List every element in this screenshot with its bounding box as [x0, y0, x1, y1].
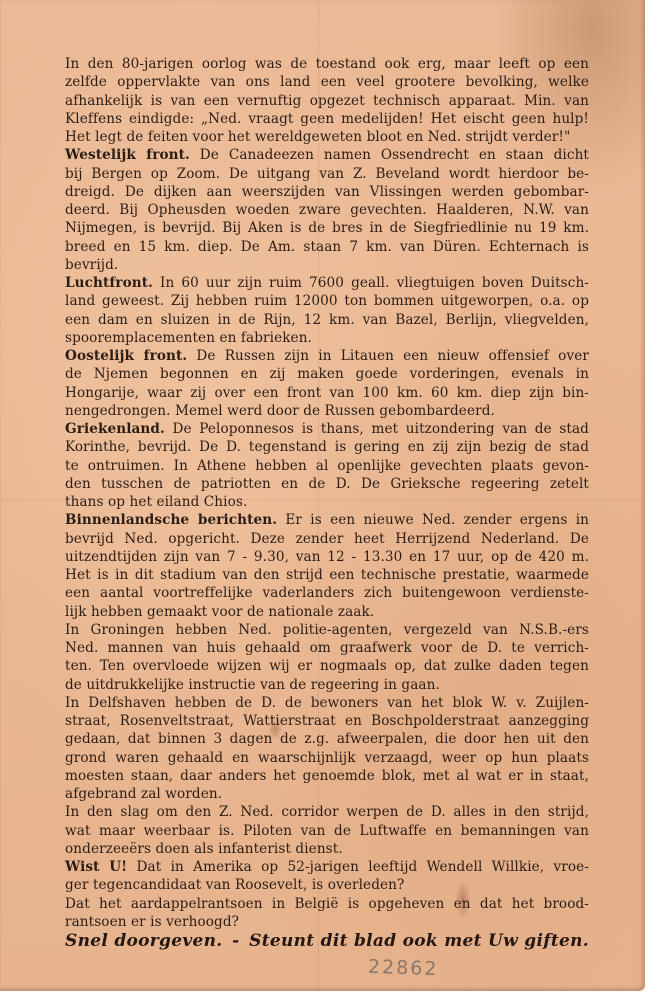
text-line: een aantal voortreffelijke vaderlanders … — [65, 584, 589, 602]
section-heading: Binnenlandsche berichten. — [65, 512, 277, 528]
text-line: Luchtfront. In 60 uur zijn ruim 7600 gea… — [65, 274, 589, 292]
line-text: rantsoen er is verhoogd? — [65, 914, 239, 930]
text-line: Wist U! Dat in Amerika op 52-jarigen lee… — [65, 858, 589, 876]
footer-slogan: Snel doorgeven. - Steunt dit blad ook me… — [65, 931, 589, 951]
text-line: breed en 15 km. diep. De Am. staan 7 km.… — [65, 238, 589, 256]
line-text: land geweest. Zij hebben ruim 12000 ton … — [65, 293, 589, 309]
footer-right-text: Steunt dit blad ook met Uw giften. — [249, 931, 589, 951]
line-text: Nijmegen, is bevrijd. Bij Aken is de bre… — [65, 220, 589, 236]
document-paper: In den 80-jarigen oorlog was de toestand… — [0, 0, 645, 991]
text-line: Het is in dit stadium van den strijd een… — [65, 566, 589, 584]
archive-stamp-number: 22862 — [368, 956, 439, 980]
line-text: Het legt de feiten voor het wereldgewete… — [65, 129, 570, 145]
footer-separator: - — [232, 931, 239, 951]
line-text: wat maar weerbaar is. Piloten van de Luf… — [65, 823, 589, 839]
line-text: Hongarije, waar zij over een front van 1… — [65, 385, 589, 401]
text-line: Oostelijk front. De Russen zijn in Litau… — [65, 347, 589, 365]
line-text: De Canadeezen namen Ossendrecht en staan… — [190, 147, 589, 163]
text-line: een dam en sluizen in de Rijn, 12 km. va… — [65, 311, 589, 329]
text-line: afhankelijk is van een vernuftig opgezet… — [65, 92, 589, 110]
text-line: grond waren gehaald en waarschijnlijk ve… — [65, 749, 589, 767]
text-line: lijk hebben gemaakt voor de nationale za… — [65, 603, 589, 621]
text-line: bij Bergen op Zoom. De uitgang van Z. Be… — [65, 165, 589, 183]
line-text: dreigd. De dijken aan weerszijden van Vl… — [65, 184, 589, 200]
section-heading: Wist U! — [65, 859, 127, 875]
text-line: Hongarije, waar zij over een front van 1… — [65, 384, 589, 402]
line-text: te ontruimen. In Athene hebben al openli… — [65, 458, 589, 474]
text-line: In Groningen hebben Ned. politie-agenten… — [65, 621, 589, 639]
line-text: een aantal voortreffelijke vaderlanders … — [65, 585, 589, 601]
line-text: Er is een nieuwe Ned. zender ergens in — [277, 512, 589, 528]
line-text: thans op het eiland Chios. — [65, 494, 247, 510]
text-line: onderzeeërs doen als infanterist dienst. — [65, 840, 589, 858]
text-line: ten. Ten overvloede wijzen wij er nogmaa… — [65, 657, 589, 675]
line-text: Ned. mannen van huis gehaald om graafwer… — [65, 640, 589, 656]
section-heading: Luchtfront. — [65, 275, 153, 291]
line-text: de uitdrukkelijke instructie van de rege… — [65, 677, 440, 693]
text-line: afgebrand zal worden. — [65, 785, 589, 803]
line-text: bevrijd. — [65, 257, 118, 273]
line-text: spooremplacementen en fabrieken. — [65, 330, 312, 346]
line-text: uitzendtijden zijn van 7 - 9.30, van 12 … — [65, 549, 589, 565]
line-text: Dat het aardappelrantsoen in België is o… — [65, 896, 589, 912]
text-line: Korinthe, bevrijd. De D. tegenstand is g… — [65, 438, 589, 456]
text-line: Kleffens eindigde: „Ned. vraagt geen med… — [65, 110, 589, 128]
text-line: uitzendtijden zijn van 7 - 9.30, van 12 … — [65, 548, 589, 566]
text-line: straat, Rosenveltstraat, Wattierstraat e… — [65, 712, 589, 730]
text-line: gedaan, dat binnen 3 dagen de z.g. afwee… — [65, 730, 589, 748]
text-line: deerd. Bij Opheusden woeden zware gevech… — [65, 201, 589, 219]
text-line: Nijmegen, is bevrijd. Bij Aken is de bre… — [65, 219, 589, 237]
line-text: De Russen zijn in Litauen een nieuw offe… — [187, 348, 589, 364]
line-text: In 60 uur zijn ruim 7600 geall. vliegtui… — [153, 275, 589, 291]
line-text: Dat in Amerika op 52-jarigen leeftijd We… — [127, 859, 589, 875]
text-line: wat maar weerbaar is. Piloten van de Luf… — [65, 822, 589, 840]
line-text: Het is in dit stadium van den strijd een… — [65, 567, 589, 583]
line-text: In Delfshaven hebben de D. de bewoners v… — [65, 695, 589, 711]
text-line: dreigd. De dijken aan weerszijden van Vl… — [65, 183, 589, 201]
text-line: ger tegencandidaat van Roosevelt, is ove… — [65, 876, 589, 894]
text-line: Griekenland. De Peloponnesos is thans, m… — [65, 420, 589, 438]
line-text: In Groningen hebben Ned. politie-agenten… — [65, 622, 589, 638]
text-line: zelfde oppervlakte van ons land een veel… — [65, 73, 589, 91]
line-text: In den slag om den Z. Ned. corridor werp… — [65, 804, 589, 820]
line-text: moesten staan, daar anders het genoemde … — [65, 768, 589, 784]
line-text: onderzeeërs doen als infanterist dienst. — [65, 841, 343, 857]
line-text: de Njemen begonnen en zij maken goede vo… — [65, 366, 589, 382]
text-line: Westelijk front. De Canadeezen namen Oss… — [65, 146, 589, 164]
line-text: lijk hebben gemaakt voor de nationale za… — [65, 604, 374, 620]
text-line: nengedrongen. Memel werd door de Russen … — [65, 402, 589, 420]
line-text: gedaan, dat binnen 3 dagen de z.g. afwee… — [65, 731, 589, 747]
footer-left-text: Snel doorgeven. — [65, 931, 223, 951]
line-text: deerd. Bij Opheusden woeden zware gevech… — [65, 202, 589, 218]
line-text: grond waren gehaald en waarschijnlijk ve… — [65, 750, 589, 766]
line-text: ger tegencandidaat van Roosevelt, is ove… — [65, 877, 404, 893]
text-line: thans op het eiland Chios. — [65, 493, 589, 511]
text-line: In den 80-jarigen oorlog was de toestand… — [65, 55, 589, 73]
section-heading: Oostelijk front. — [65, 348, 187, 364]
text-line: den tusschen de patriotten en de D. De G… — [65, 475, 589, 493]
text-line: Dat het aardappelrantsoen in België is o… — [65, 895, 589, 913]
section-heading: Westelijk front. — [65, 147, 190, 163]
line-text: In den 80-jarigen oorlog was de toestand… — [65, 56, 589, 72]
line-text: straat, Rosenveltstraat, Wattierstraat e… — [65, 713, 589, 729]
line-text: breed en 15 km. diep. De Am. staan 7 km.… — [65, 239, 589, 255]
text-line: rantsoen er is verhoogd? — [65, 913, 589, 931]
line-text: nengedrongen. Memel werd door de Russen … — [65, 403, 495, 419]
line-text: een dam en sluizen in de Rijn, 12 km. va… — [65, 312, 589, 328]
text-line: de uitdrukkelijke instructie van de rege… — [65, 676, 589, 694]
text-line: In den slag om den Z. Ned. corridor werp… — [65, 803, 589, 821]
line-text: afgebrand zal worden. — [65, 786, 222, 802]
section-heading: Griekenland. — [65, 421, 165, 437]
line-text: De Peloponnesos is thans, met uitzonderi… — [165, 421, 589, 437]
text-line: In Delfshaven hebben de D. de bewoners v… — [65, 694, 589, 712]
text-line: Ned. mannen van huis gehaald om graafwer… — [65, 639, 589, 657]
text-line: bevrijd Ned. opgericht. Deze zender heet… — [65, 530, 589, 548]
text-line: de Njemen begonnen en zij maken goede vo… — [65, 365, 589, 383]
text-line: Het legt de feiten voor het wereldgewete… — [65, 128, 589, 146]
line-text: afhankelijk is van een vernuftig opgezet… — [65, 93, 589, 109]
text-line: spooremplacementen en fabrieken. — [65, 329, 589, 347]
text-line: Binnenlandsche berichten. Er is een nieu… — [65, 511, 589, 529]
line-text: Kleffens eindigde: „Ned. vraagt geen med… — [65, 111, 589, 127]
text-line: bevrijd. — [65, 256, 589, 274]
text-line: te ontruimen. In Athene hebben al openli… — [65, 457, 589, 475]
line-text: den tusschen de patriotten en de D. De G… — [65, 476, 589, 492]
line-text: ten. Ten overvloede wijzen wij er nogmaa… — [65, 658, 589, 674]
line-text: bij Bergen op Zoom. De uitgang van Z. Be… — [65, 166, 589, 182]
line-text: zelfde oppervlakte van ons land een veel… — [65, 74, 589, 90]
line-text: bevrijd Ned. opgericht. Deze zender heet… — [65, 531, 589, 547]
article-body: In den 80-jarigen oorlog was de toestand… — [65, 55, 589, 931]
text-line: land geweest. Zij hebben ruim 12000 ton … — [65, 292, 589, 310]
line-text: Korinthe, bevrijd. De D. tegenstand is g… — [65, 439, 589, 455]
text-line: moesten staan, daar anders het genoemde … — [65, 767, 589, 785]
